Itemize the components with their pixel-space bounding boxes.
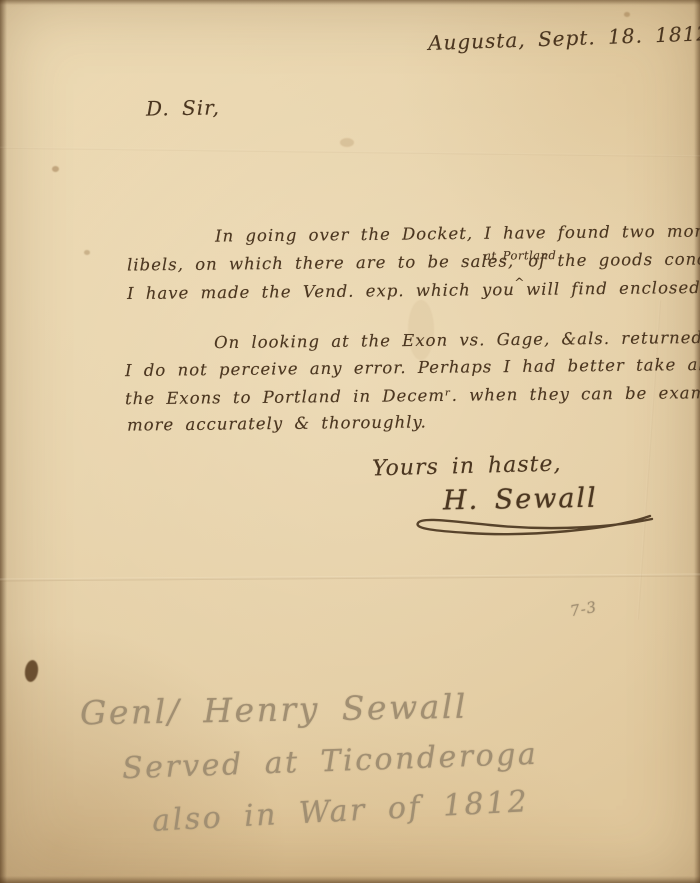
fold-crease-faint: [0, 147, 700, 158]
fold-crease-vertical: [637, 300, 661, 619]
paragraph2-line3: the Exons to Portland in Decemʳ. when th…: [125, 383, 700, 409]
catalog-mark: 7-3: [569, 598, 599, 620]
paper-edge-bottom: [0, 876, 700, 883]
insertion-text: at Portland: [484, 248, 556, 263]
paper-edge-right: [694, 0, 700, 883]
foxing-spot: [84, 250, 90, 255]
paragraph1-line1: In going over the Docket, I have found t…: [215, 221, 700, 245]
dateline: Augusta, Sept. 18. 1812.: [428, 21, 700, 55]
interline-insertion: at Portland^: [514, 265, 528, 266]
fold-crease-horizontal: [0, 574, 700, 582]
paragraph1-line2-text: libels, on which there are to be sales,: [127, 251, 514, 274]
ink-blot-stain: [24, 659, 40, 683]
foxing-spot: [52, 166, 59, 172]
pencil-note-war: also in War of 1812: [151, 784, 530, 839]
smudge-spot: [340, 138, 354, 147]
paper-edge-top: [0, 0, 700, 5]
foxing-spot: [624, 12, 630, 17]
paper-edge-left: [0, 0, 7, 883]
pencil-note-name: Genl/ Henry Sewall: [80, 687, 469, 733]
letter-scan: Augusta, Sept. 18. 1812. D. Sir, In goin…: [0, 0, 700, 883]
signature-flourish: [406, 506, 656, 544]
paragraph2-line2: I do not perceive any error. Perhaps I h…: [125, 355, 700, 380]
paragraph1-line2: libels, on which there are to be sales,a…: [127, 248, 700, 274]
salutation: D. Sir,: [146, 95, 220, 120]
closing-valediction: Yours in haste,: [372, 452, 562, 482]
paragraph1-line3: I have made the Vend. exp. which you wil…: [127, 278, 700, 303]
pencil-note-service: Served at Ticonderoga: [122, 737, 539, 787]
paragraph2-line1: On looking at the Exon vs. Gage, &als. r…: [214, 327, 700, 352]
paragraph2-line4: more accurately & thoroughly.: [127, 412, 427, 434]
